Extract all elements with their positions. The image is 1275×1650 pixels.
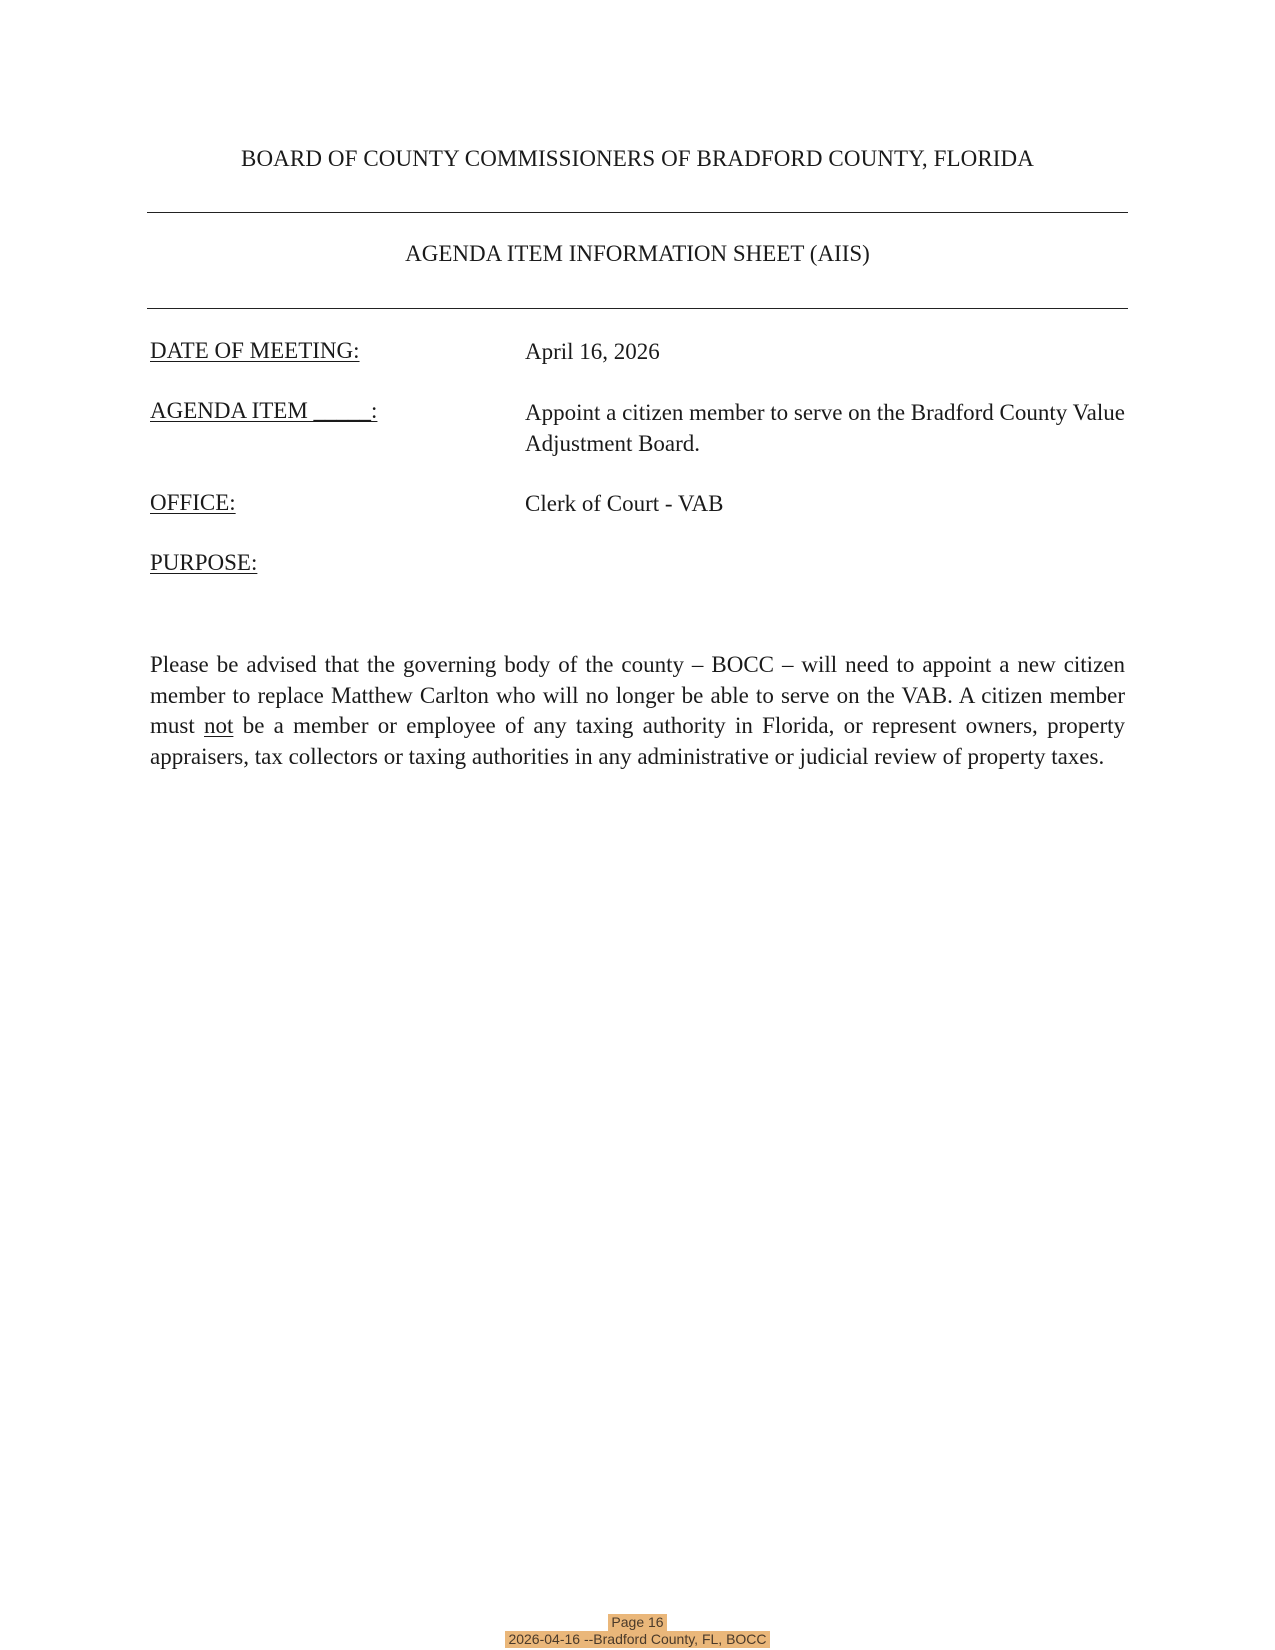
purpose-paragraph: Please be advised that the governing bod… [150, 650, 1125, 772]
office-value: Clerk of Court - VAB [525, 488, 1125, 519]
date-of-meeting-value: April 16, 2026 [525, 336, 1125, 367]
agenda-item-value: Appoint a citizen member to serve on the… [525, 397, 1125, 459]
date-of-meeting-label: DATE OF MEETING: [150, 338, 360, 364]
board-title: BOARD OF COUNTY COMMISSIONERS OF BRADFOR… [0, 146, 1275, 172]
packet-label: 2026-04-16 --Bradford County, FL, BOCC [505, 1631, 769, 1648]
divider-top [147, 212, 1128, 213]
purpose-text-part2: be a member or employee of any taxing au… [150, 713, 1125, 769]
purpose-label: PURPOSE: [150, 550, 257, 576]
office-label: OFFICE: [150, 490, 236, 516]
agenda-item-label: AGENDA ITEM _____: [150, 398, 377, 424]
divider-bottom [147, 308, 1128, 309]
purpose-emphasis: not [204, 713, 233, 738]
footer-stamp: Page 16 2026-04-16 --Bradford County, FL… [0, 1614, 1275, 1648]
page-number: Page 16 [608, 1614, 666, 1631]
sheet-title: AGENDA ITEM INFORMATION SHEET (AIIS) [0, 241, 1275, 267]
